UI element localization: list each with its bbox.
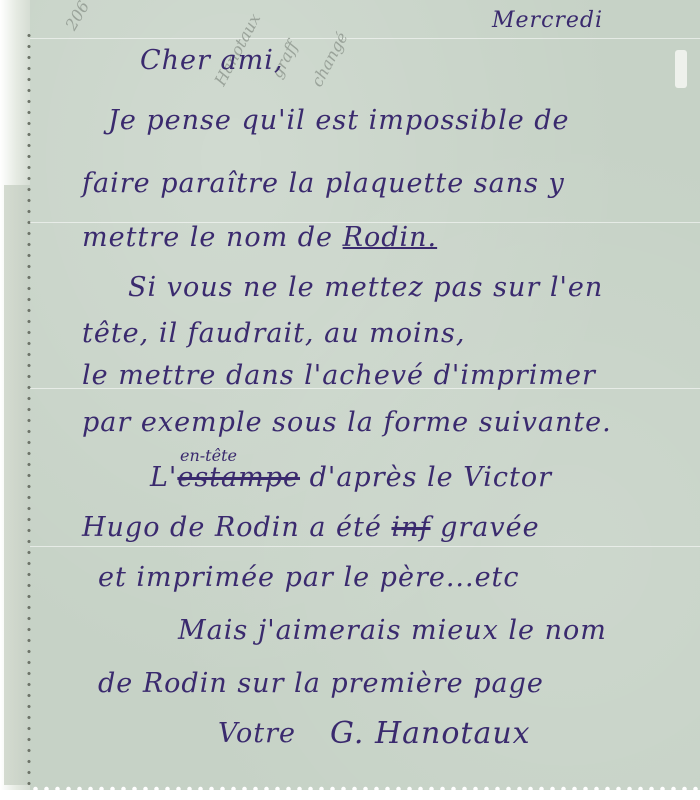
letter-date: Mercredi — [492, 8, 603, 33]
quote-line-2: Hugo de Rodin a été inf gravée — [82, 512, 540, 543]
salutation: Cher ami, — [140, 45, 283, 76]
letter-line-12: Mais j'aimerais mieux le nom — [178, 615, 607, 646]
quote-line-2-end: gravée — [440, 512, 540, 543]
letter-line-2: faire paraître la plaquette sans y — [82, 168, 565, 199]
perforated-edge-bottom — [30, 786, 700, 792]
perforated-edge-left — [26, 30, 32, 790]
closing: Votre — [218, 718, 296, 749]
struck-word-estampe: estampe — [177, 462, 300, 493]
letter-line-3: mettre le nom de Rodin. — [82, 222, 437, 253]
quote-start: L' — [150, 462, 177, 493]
rodin-name-underlined: Rodin. — [343, 222, 437, 253]
quote-line-1: L'estampe d'après le Victor — [150, 462, 552, 493]
letter-line-4: Si vous ne le mettez pas sur l'en — [128, 272, 603, 303]
letter-line-13: de Rodin sur la première page — [98, 668, 544, 699]
quote-line-2-text: Hugo de Rodin a été — [82, 512, 382, 543]
letter-line-5: tête, il faudrait, au moins, — [82, 318, 465, 349]
quote-line-1-text: d'après le Victor — [310, 462, 552, 493]
letter-line-6: le mettre dans l'achevé d'imprimer — [82, 360, 596, 391]
quote-line-3: et imprimée par le père...etc — [98, 562, 520, 593]
struck-word-inf: inf — [391, 512, 430, 543]
torn-patch — [675, 50, 687, 88]
letter-line-3-text: mettre le nom de — [82, 222, 333, 253]
letter-line-7: par exemple sous la forme suivante. — [82, 407, 612, 438]
fold-line — [30, 38, 700, 39]
letter-line-1: Je pense qu'il est impossible de — [108, 105, 570, 136]
fold-line — [30, 546, 700, 547]
signature: G. Hanotaux — [330, 716, 531, 751]
